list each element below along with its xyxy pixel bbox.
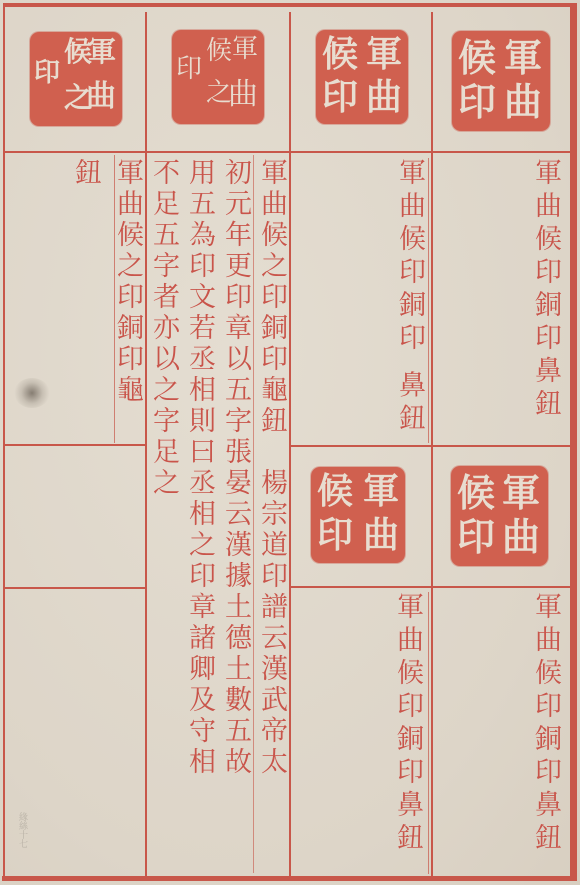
commentary-line2: 初元年更印章以五字張晏云漢據土德土數五故	[222, 158, 249, 778]
seal-glyph: 印	[458, 83, 496, 121]
seal-glyph: 曲	[228, 80, 258, 110]
seal-col3-middle: 軍 曲 候 印	[311, 467, 405, 563]
seal-glyph: 軍	[363, 473, 399, 509]
seal-glyph: 候	[64, 38, 92, 66]
seal-col1-top: 軍 曲 候 之 印	[30, 32, 122, 126]
divider-h-top	[4, 151, 572, 153]
seal-col4-top: 軍 曲 候 印	[452, 31, 550, 131]
seal-col2-top: 軍 曲 候 之 印	[172, 30, 264, 124]
guide-col2a	[253, 155, 254, 873]
frame-right	[570, 3, 577, 881]
seal-col3-top: 軍 曲 候 印	[316, 30, 408, 124]
seal-glyph: 印	[317, 517, 353, 553]
seal-glyph: 之	[206, 80, 232, 106]
seal-glyph: 軍	[502, 474, 540, 512]
seal-glyph: 印	[176, 56, 202, 82]
seal-col4-middle: 軍 曲 候 印	[451, 466, 548, 566]
seal-glyph: 曲	[502, 518, 540, 556]
seal-glyph: 候	[458, 39, 496, 77]
caption-col4-top: 軍曲候印銅印鼻鈕	[532, 158, 559, 422]
seal-glyph: 軍	[232, 36, 258, 62]
seal-glyph: 軍	[366, 36, 402, 72]
caption-col1-line1: 軍曲候之印銅印龜	[114, 158, 141, 406]
paper-stain	[14, 378, 50, 408]
seal-glyph: 候	[457, 474, 495, 512]
commentary-line1: 軍曲候之印銅印龜鈕 楊宗道印譜云漢武帝太	[258, 158, 285, 778]
caption-col3-top: 軍曲候印銅印 鼻鈕	[396, 158, 423, 437]
seal-glyph: 候	[322, 36, 358, 72]
seal-glyph: 曲	[363, 517, 399, 553]
commentary-line4: 不足五字者亦以之字足之	[150, 158, 177, 499]
guide-col3b	[428, 592, 429, 874]
seal-glyph: 印	[322, 79, 358, 115]
divider-h-col34-b	[290, 586, 572, 588]
frame-left	[3, 3, 5, 879]
divider-h-col1-a	[4, 444, 146, 446]
seal-glyph: 軍	[88, 38, 116, 66]
seal-catalog-page: 軍 曲 候 印 軍 曲 候 印 軍 曲 候 之 印 軍 曲 候 之 印 軍 曲 …	[0, 0, 580, 885]
frame-top	[4, 3, 576, 7]
seal-glyph: 之	[64, 84, 92, 112]
seal-glyph: 候	[206, 38, 232, 64]
divider-h-col34-a	[290, 445, 572, 447]
commentary-line3: 用五為印文若丞相則曰丞相之印章諸卿及守相	[186, 158, 213, 778]
seal-glyph: 印	[457, 518, 495, 556]
guide-col3	[428, 158, 429, 443]
margin-note: 緣絲十七	[16, 812, 29, 848]
caption-col1-line2: 鈕	[72, 158, 99, 186]
divider-h-col1-b	[4, 587, 146, 589]
seal-glyph: 軍	[504, 39, 542, 77]
caption-col3-bottom: 軍曲候印銅印鼻鈕	[394, 592, 421, 856]
caption-col4-bottom: 軍曲候印銅印鼻鈕	[532, 592, 559, 856]
seal-glyph: 曲	[366, 79, 402, 115]
seal-glyph: 曲	[504, 83, 542, 121]
seal-glyph: 印	[34, 60, 60, 86]
seal-glyph: 候	[317, 473, 353, 509]
